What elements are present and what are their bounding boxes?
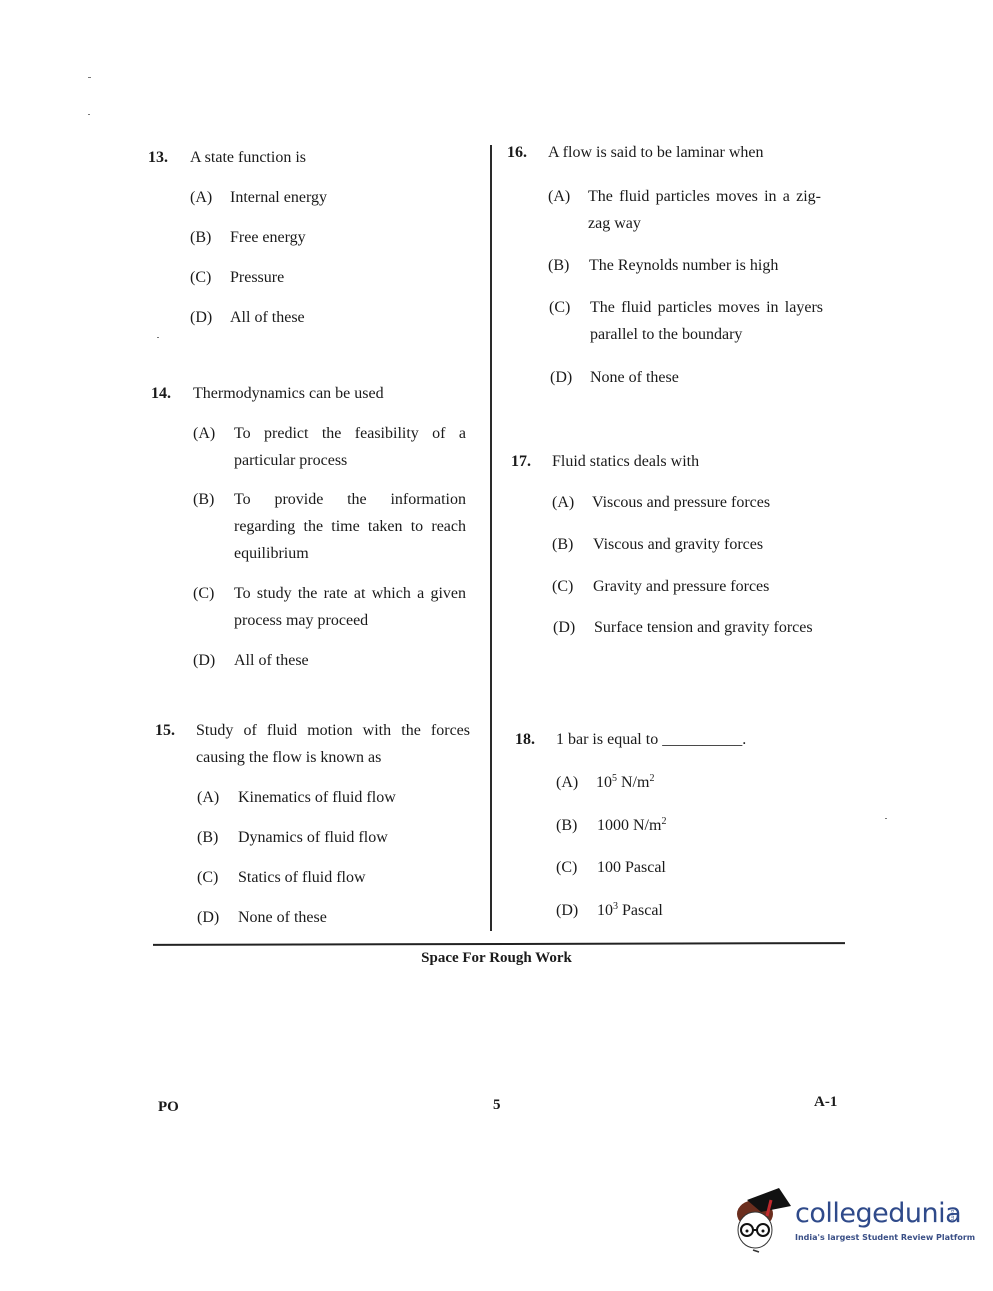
option-label: (C) [552, 573, 573, 600]
option-text: Internal energy [230, 184, 327, 211]
option-text: None of these [590, 364, 679, 391]
scan-speck [88, 114, 90, 115]
option-text: Free energy [230, 224, 306, 251]
option-text: 103 Pascal [597, 897, 663, 924]
option-label: (A) [548, 183, 570, 210]
footer-right: A-1 [814, 1094, 837, 1111]
option-label: (B) [552, 531, 573, 558]
option-text: None of these [238, 904, 327, 931]
option-text: 105 N/m2 [596, 769, 654, 796]
rough-work-label: Space For Rough Work [0, 950, 993, 967]
option-text: Dynamics of fluid flow [238, 824, 388, 851]
question-text: Fluid statics deals with [552, 448, 699, 475]
option-label: (B) [548, 252, 569, 279]
question-text: A flow is said to be laminar when [548, 139, 764, 166]
question-number: 18. [515, 726, 535, 753]
option-text: To study the rate at which a given proce… [234, 580, 466, 634]
option-label: (D) [553, 614, 575, 641]
brand-name: collegedunia [795, 1198, 961, 1229]
question-number: 17. [511, 448, 531, 475]
option-exponent: 2 [661, 816, 666, 827]
brand-tagline: India's largest Student Review Platform [795, 1233, 975, 1242]
option-label: (D) [550, 364, 572, 391]
option-text: The Reynolds number is high [589, 252, 778, 279]
option-text: The fluid particles moves in layers para… [590, 294, 823, 348]
option-text: To provide the information regarding the… [234, 486, 466, 567]
question-number: 13. [148, 144, 168, 171]
option-label: (D) [190, 304, 212, 331]
option-label: (D) [197, 904, 219, 931]
option-label: (A) [552, 489, 574, 516]
option-text: 100 Pascal [597, 854, 666, 881]
option-label: (A) [197, 784, 219, 811]
option-text: To predict the feasibility of a particul… [234, 420, 466, 474]
option-label: (C) [193, 580, 214, 607]
question-text: Study of fluid motion with the forces ca… [196, 717, 470, 771]
scan-speck [885, 818, 887, 819]
column-divider [490, 145, 492, 931]
scan-speck [88, 77, 91, 78]
option-label: (B) [193, 486, 214, 513]
option-base: 10 [597, 902, 613, 919]
option-label: (A) [193, 420, 215, 447]
option-label: (D) [556, 897, 578, 924]
option-label: (B) [197, 824, 218, 851]
student-mascot-icon [733, 1186, 793, 1256]
question-number: 16. [507, 139, 527, 166]
option-base: 1000 N/m [597, 817, 661, 834]
brand-suffix: .com [949, 1208, 955, 1220]
footer-left: PO [158, 1099, 179, 1116]
option-label: (C) [549, 294, 570, 321]
question-number: 15. [155, 717, 175, 744]
footer-page-number: 5 [493, 1097, 501, 1114]
option-label: (B) [190, 224, 211, 251]
option-text: 1000 N/m2 [597, 812, 666, 839]
option-unit-exponent: 2 [649, 773, 654, 784]
option-text: Gravity and pressure forces [593, 573, 769, 600]
option-text: Viscous and pressure forces [592, 489, 770, 516]
question-text: A state function is [190, 144, 306, 171]
option-label: (C) [190, 264, 211, 291]
question-text: 1 bar is equal to __________. [556, 726, 746, 753]
option-text: Surface tension and gravity forces [594, 614, 826, 641]
option-label: (D) [193, 647, 215, 674]
option-label: (A) [190, 184, 212, 211]
option-text: The fluid particles moves in a zig-zag w… [588, 183, 821, 237]
option-text: All of these [230, 304, 305, 331]
option-label: (A) [556, 769, 578, 796]
option-label: (B) [556, 812, 577, 839]
option-base: 10 [596, 774, 612, 791]
option-text: Statics of fluid flow [238, 864, 366, 891]
option-label: (C) [556, 854, 577, 881]
option-text: Viscous and gravity forces [593, 531, 763, 558]
collegedunia-logo: collegedunia .com India's largest Studen… [733, 1186, 963, 1256]
option-text: All of these [234, 647, 309, 674]
rough-work-divider [153, 942, 845, 946]
option-text: Kinematics of fluid flow [238, 784, 396, 811]
option-label: (C) [197, 864, 218, 891]
option-text: Pressure [230, 264, 284, 291]
scan-speck [157, 337, 159, 338]
option-unit: Pascal [618, 902, 663, 919]
question-number: 14. [151, 380, 171, 407]
question-text: Thermodynamics can be used [193, 380, 384, 407]
option-unit: N/m [617, 774, 649, 791]
